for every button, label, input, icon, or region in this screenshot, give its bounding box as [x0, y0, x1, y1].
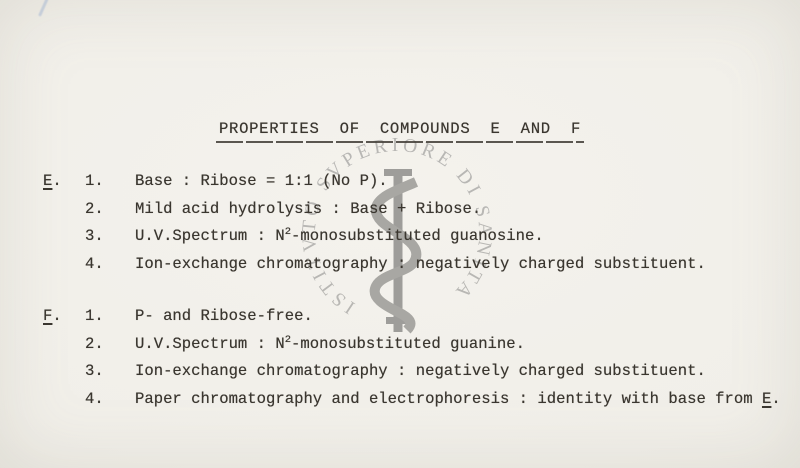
section-compound-f: F.1.P- and Ribose-free.2.U.V.Spectrum : …: [43, 303, 800, 413]
item-number: 2.: [85, 196, 135, 224]
item-number: 1.: [85, 168, 135, 196]
section-label: [43, 331, 85, 359]
section-compound-e: E.1.Base : Ribose = 1:1 (No P).2.Mild ac…: [43, 168, 800, 278]
item-text: Paper chromatography and electrophoresis…: [135, 386, 800, 414]
item-text: U.V.Spectrum : N2-monosubstituted guanin…: [135, 331, 800, 359]
item-text: Mild acid hydrolysis : Base + Ribose.: [135, 196, 800, 224]
item-text: Ion-exchange chromatography : negatively…: [135, 358, 800, 386]
item-text: Ion-exchange chromatography : negatively…: [135, 251, 800, 279]
item-number: 3.: [85, 358, 135, 386]
section-label: F.: [43, 303, 85, 331]
title-underline: [216, 141, 584, 143]
document-page: ISTITVTO SVPERIORE DI SANITA PROPERTIES …: [0, 0, 800, 468]
list-item: 3.U.V.Spectrum : N2-monosubstituted guan…: [43, 223, 800, 251]
list-item: 2.U.V.Spectrum : N2-monosubstituted guan…: [43, 331, 800, 359]
list-item: 2.Mild acid hydrolysis : Base + Ribose.: [43, 196, 800, 224]
list-item: 4.Paper chromatography and electrophores…: [43, 386, 800, 414]
item-number: 4.: [85, 251, 135, 279]
section-label: [43, 223, 85, 251]
list-item: E.1.Base : Ribose = 1:1 (No P).: [43, 168, 800, 196]
section-label: E.: [43, 168, 85, 196]
item-number: 1.: [85, 303, 135, 331]
item-text: U.V.Spectrum : N2-monosubstituted guanos…: [135, 223, 800, 251]
section-label: [43, 251, 85, 279]
list-item: F.1.P- and Ribose-free.: [43, 303, 800, 331]
typewritten-content: PROPERTIES OF COMPOUNDS E AND F E.1.Base…: [0, 0, 800, 468]
item-number: 4.: [85, 386, 135, 414]
section-label: [43, 196, 85, 224]
page-title: PROPERTIES OF COMPOUNDS E AND F: [0, 119, 800, 139]
item-number: 3.: [85, 223, 135, 251]
item-number: 2.: [85, 331, 135, 359]
item-text: P- and Ribose-free.: [135, 303, 800, 331]
section-label: [43, 358, 85, 386]
list-item: 3.Ion-exchange chromatography : negative…: [43, 358, 800, 386]
list-item: 4.Ion-exchange chromatography : negative…: [43, 251, 800, 279]
item-text: Base : Ribose = 1:1 (No P).: [135, 168, 800, 196]
section-label: [43, 386, 85, 414]
